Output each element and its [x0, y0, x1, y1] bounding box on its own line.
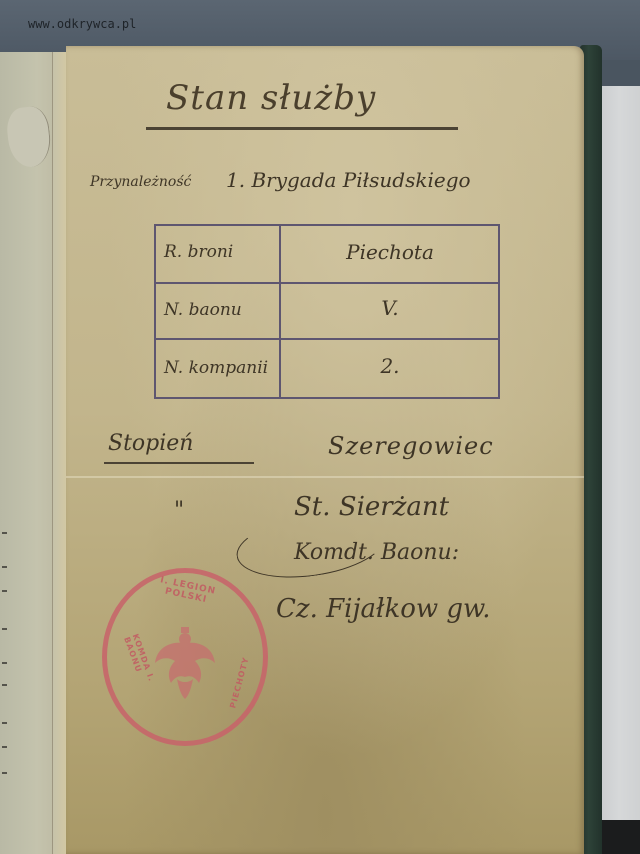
shadow-area — [598, 820, 640, 854]
table-row: N. kompanii 2. — [156, 340, 498, 397]
official-stamp: I. LEGION POLSKI KOMDA I. BAONU PIECHOTY — [102, 568, 268, 746]
rank-label: Stopień — [108, 431, 193, 456]
commander-signature: Cz. Fijałkow gw. — [276, 594, 490, 624]
rank-underline — [104, 462, 254, 464]
table-row: R. broni Piechota — [156, 226, 498, 284]
service-table: R. broni Piechota N. baonu V. N. kompani… — [154, 224, 500, 399]
affiliation-label: Przynależność — [90, 174, 191, 190]
cell-value: V. — [282, 296, 498, 320]
table-surface — [598, 86, 640, 821]
title-underline — [146, 127, 458, 130]
eagle-emblem-icon — [151, 623, 219, 703]
torn-page-flap — [5, 105, 53, 169]
previous-page-text-fragments — [0, 532, 12, 812]
ditto-mark: " — [174, 498, 184, 523]
cell-label: N. baonu — [164, 300, 242, 320]
paper-fold — [66, 476, 584, 478]
affiliation-value: 1. Brygada Piłsudskiego — [226, 168, 471, 192]
cell-label: R. broni — [164, 242, 233, 262]
cell-value: 2. — [282, 354, 498, 378]
document-page: Stan służby Przynależność 1. Brygada Pił… — [66, 46, 584, 854]
commander-label: Komdt. Baonu: — [294, 540, 459, 565]
cell-value: Piechota — [282, 240, 498, 264]
page-title: Stan służby — [166, 78, 376, 118]
table-row: N. baonu V. — [156, 284, 498, 340]
rank-entry: Szeregowiec — [328, 432, 494, 460]
cell-label: N. kompanii — [164, 358, 268, 378]
watermark: www.odkrywca.pl — [28, 17, 136, 31]
